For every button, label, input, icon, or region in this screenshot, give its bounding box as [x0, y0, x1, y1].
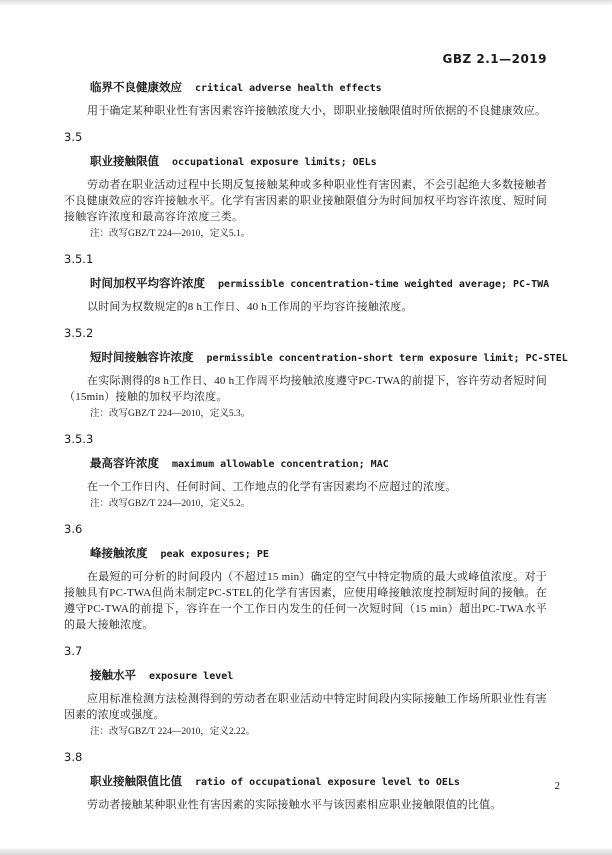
term-heading: 时间加权平均容许浓度permissible concentration-time… [90, 275, 547, 292]
section-3.8: 3.8 职业接触限值比值ratio of occupational exposu… [64, 750, 547, 813]
section-number: 3.7 [64, 644, 547, 658]
definition-paragraphs: 应用标准检测方法检测得到的劳动者在职业活动中特定时间段内实际接触工作场所职业性有… [64, 691, 547, 723]
definition-paragraphs: 用于确定某种职业性有害因素容许接触浓度大小，即职业接触限值时所依据的不良健康效应… [64, 103, 547, 119]
term-heading: 职业接触限值occupational exposure limits; OELs [90, 153, 547, 170]
section-3.5.1: 3.5.1 时间加权平均容许浓度permissible concentratio… [64, 252, 547, 315]
definition-paragraph: 以时间为权数规定的8 h工作日、40 h工作周的平均容许接触浓度。 [64, 299, 547, 315]
section-number: 3.6 [64, 522, 547, 536]
term-heading: 最高容许浓度maximum allowable concentration; M… [90, 455, 547, 472]
definition-paragraphs: 在实际测得的8 h工作日、40 h工作周平均接触浓度遵守PC-TWA的前提下，容… [64, 373, 547, 405]
term-heading: 短时间接触容许浓度permissible concentration-short… [90, 349, 547, 366]
term-chinese: 峰接触浓度 [90, 546, 148, 560]
section-3.6: 3.6 峰接触浓度peak exposures; PE 在最短的可分析的时间段内… [64, 522, 547, 633]
term-chinese: 职业接触限值 [90, 154, 159, 168]
page-number: 2 [555, 780, 561, 792]
note-text: 注：改写GBZ/T 224—2010，定义5.3。 [90, 408, 547, 421]
term-english: permissible concentration-short term exp… [207, 353, 568, 364]
section-number: 3.5.2 [64, 326, 547, 340]
term-english: maximum allowable concentration; MAC [172, 459, 389, 470]
term-chinese: 接触水平 [90, 668, 136, 682]
note-text: 注：改写GBZ/T 224—2010，定义2.22。 [90, 726, 547, 739]
term-heading: 临界不良健康效应critical adverse health effects [90, 79, 547, 96]
section-number: 3.5.1 [64, 252, 547, 266]
section-3.7: 3.7 接触水平exposure level 应用标准检测方法检测得到的劳动者在… [64, 644, 547, 739]
page-top-edge [0, 0, 612, 6]
section-3.5: 3.5 职业接触限值occupational exposure limits; … [64, 130, 547, 241]
term-english: peak exposures; PE [161, 549, 269, 560]
definition-paragraph: 在一个工作日内、任何时间、工作地点的化学有害因素均不应超过的浓度。 [64, 479, 547, 495]
term-english: ratio of occupational exposure level to … [195, 777, 460, 788]
page-content: GBZ 2.1—2019 临界不良健康效应critical adverse he… [64, 52, 547, 813]
definition-paragraphs: 劳动者在职业活动过程中长期反复接触某种或多种职业性有害因素，不会引起绝大多数接触… [64, 177, 547, 225]
definition-paragraphs: 在一个工作日内、任何时间、工作地点的化学有害因素均不应超过的浓度。 [64, 479, 547, 495]
section-临界不良健康效应: 临界不良健康效应critical adverse health effects … [64, 79, 547, 119]
definition-paragraph: 应用标准检测方法检测得到的劳动者在职业活动中特定时间段内实际接触工作场所职业性有… [64, 691, 547, 723]
term-english: exposure level [149, 671, 233, 682]
term-english: permissible concentration-time weighted … [218, 279, 549, 290]
term-heading: 峰接触浓度peak exposures; PE [90, 545, 547, 562]
definition-paragraph: 在实际测得的8 h工作日、40 h工作周平均接触浓度遵守PC-TWA的前提下，容… [64, 373, 547, 405]
term-chinese: 最高容许浓度 [90, 456, 159, 470]
term-chinese: 短时间接触容许浓度 [90, 350, 194, 364]
page-bottom-edge [0, 848, 612, 855]
section-number: 3.5 [64, 130, 547, 144]
definition-paragraphs: 劳动者接触某种职业性有害因素的实际接触水平与该因素相应职业接触限值的比值。 [64, 797, 547, 813]
term-chinese: 时间加权平均容许浓度 [90, 276, 205, 290]
section-number: 3.5.3 [64, 432, 547, 446]
term-heading: 接触水平exposure level [90, 667, 547, 684]
sections: 临界不良健康效应critical adverse health effects … [64, 79, 547, 813]
definition-paragraph: 劳动者接触某种职业性有害因素的实际接触水平与该因素相应职业接触限值的比值。 [64, 797, 547, 813]
note-text: 注：改写GBZ/T 224—2010，定义5.2。 [90, 498, 547, 511]
term-english: occupational exposure limits; OELs [172, 157, 377, 168]
definition-paragraph: 劳动者在职业活动过程中长期反复接触某种或多种职业性有害因素，不会引起绝大多数接触… [64, 177, 547, 225]
term-chinese: 临界不良健康效应 [90, 80, 182, 94]
term-chinese: 职业接触限值比值 [90, 774, 182, 788]
definition-paragraphs: 在最短的可分析的时间段内（不超过15 min）确定的空气中特定物质的最大或峰值浓… [64, 569, 547, 633]
definition-paragraphs: 以时间为权数规定的8 h工作日、40 h工作周的平均容许接触浓度。 [64, 299, 547, 315]
term-english: critical adverse health effects [195, 83, 382, 94]
note-text: 注：改写GBZ/T 224—2010，定义5.1。 [90, 228, 547, 241]
section-3.5.3: 3.5.3 最高容许浓度maximum allowable concentrat… [64, 432, 547, 511]
standard-code-header: GBZ 2.1—2019 [64, 52, 547, 66]
document-page: GBZ 2.1—2019 临界不良健康效应critical adverse he… [0, 0, 612, 855]
definition-paragraph: 在最短的可分析的时间段内（不超过15 min）确定的空气中特定物质的最大或峰值浓… [64, 569, 547, 633]
definition-paragraph: 用于确定某种职业性有害因素容许接触浓度大小，即职业接触限值时所依据的不良健康效应… [64, 103, 547, 119]
term-heading: 职业接触限值比值ratio of occupational exposure l… [90, 773, 547, 790]
section-number: 3.8 [64, 750, 547, 764]
section-3.5.2: 3.5.2 短时间接触容许浓度permissible concentration… [64, 326, 547, 421]
